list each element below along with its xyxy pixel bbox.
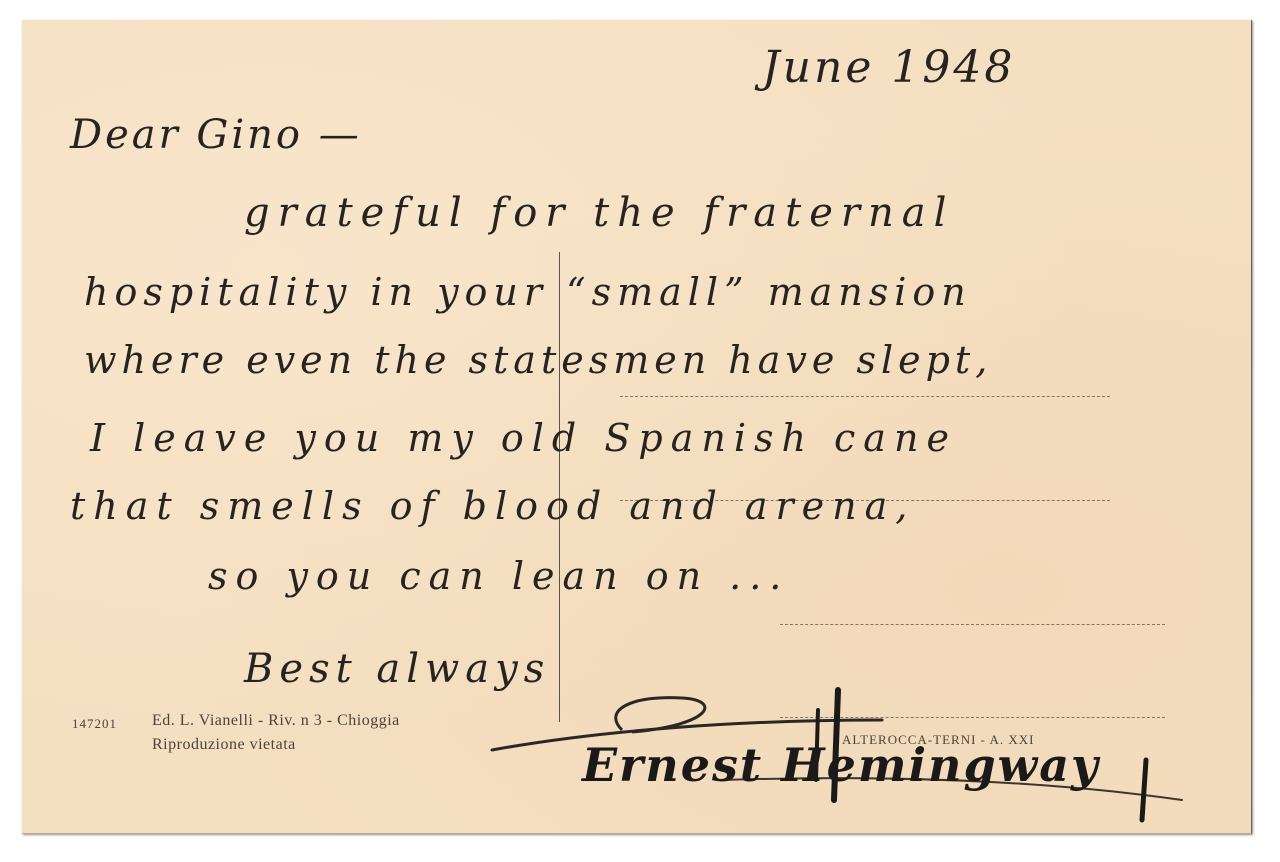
handwritten-salutation: Dear Gino —: [70, 112, 362, 158]
postcard: June 1948 Dear Gino — grateful for the f…: [22, 20, 1252, 834]
handwritten-date: June 1948: [762, 42, 1015, 93]
printed-rights-notice: Riproduzione vietata: [152, 736, 296, 754]
printed-catalog-number: 147201: [72, 716, 117, 732]
printed-publisher: Ed. L. Vianelli - Riv. n 3 - Chioggia: [152, 712, 400, 730]
handwritten-line-5: that smells of blood and arena,: [70, 484, 915, 528]
handwritten-closing: Best always: [244, 646, 550, 692]
handwritten-line-2: hospitality in your “small” mansion: [84, 270, 972, 314]
handwritten-line-6: so you can lean on ...: [208, 554, 789, 598]
handwritten-signature: Ernest Hemingway: [582, 738, 1100, 792]
address-line-1: [620, 396, 1110, 397]
address-line-4: [780, 717, 1165, 718]
handwritten-line-1: grateful for the fraternal: [244, 190, 954, 236]
handwritten-line-4: I leave you my old Spanish cane: [90, 416, 957, 460]
handwritten-line-3: where even the statesmen have slept,: [84, 338, 992, 382]
address-line-3: [780, 624, 1165, 625]
